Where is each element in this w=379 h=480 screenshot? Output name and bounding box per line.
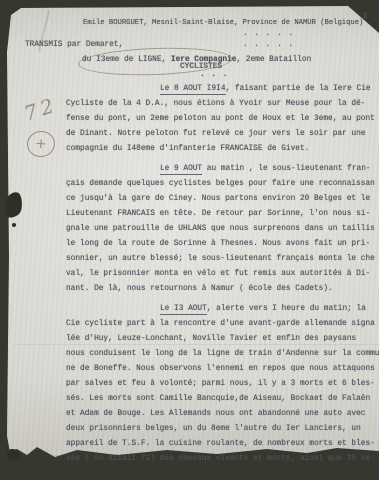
text-line: par salves et feu à volonté; parmi nous,… (66, 377, 379, 392)
text-line: nant. De là, nous retournons à Namur ( é… (66, 282, 375, 297)
scanned-document-page: I Emile BOURGUET, Mesnil-Saint-Blaise, P… (0, 0, 379, 480)
text-line: çais demande quelques cyclistes belges p… (66, 177, 375, 192)
unit-line-suffix: , 2eme Bataillon (236, 56, 311, 64)
text-line: val, le prisonnier monta en vélo et fut … (66, 267, 375, 282)
text-line: Cycliste de la 4 D.A., nous étions à Yvo… (66, 97, 375, 112)
text-line: de Dinant. Notre peloton fut relevé ce j… (66, 127, 375, 142)
paragraph-body-lines: Cie cycliste part à la rencontre d'une a… (66, 317, 379, 467)
pencil-cross-mark: + (35, 137, 48, 152)
text-line: compagnie du I48eme d'infanterie FRANCAI… (66, 142, 375, 157)
paragraph-august-8: Le 8 AOUT I9I4, faisant partie de la Ier… (66, 82, 375, 157)
transmitted-by-line: TRANSMIS par Demaret, (25, 38, 123, 53)
text-line: sés ( on disait 72) des chevaux vivants … (66, 452, 379, 467)
text-line: nous conduisent le long de la ligne de t… (66, 347, 379, 362)
text-line: Le 8 AOUT I9I4, faisant partie de la Ier… (66, 82, 375, 97)
text-line: ne de Boneffe. Nous observons l'ennemi e… (66, 362, 379, 377)
paragraph-august-13: Le I3 AOUT, alerte vers I heure du matin… (66, 302, 379, 467)
paragraph-body-lines: Cycliste de la 4 D.A., nous étions à Yvo… (66, 97, 375, 157)
text-line: ce jusqu'à la gare de Ciney. Nous parton… (66, 192, 375, 207)
text-line: Cie cycliste part à la rencontre d'une a… (66, 317, 379, 332)
paragraph-august-9: Le 9 AOUT au matin , le sous-lieutenant … (66, 162, 375, 297)
date-heading-underlined: Le 9 AOUT (160, 165, 202, 175)
text-line: Le 9 AOUT au matin , le sous-lieutenant … (66, 162, 375, 177)
text-line: et Adam de Bouge. Les Allemands nous ont… (66, 407, 379, 422)
text-line: fense du pont, un 2eme peloton au pont d… (66, 112, 375, 127)
dots-separator: . . . . . (243, 38, 294, 53)
paragraph-body-lines: çais demande quelques cyclistes belges p… (66, 177, 375, 297)
first-line-text: , alerte vers I heure du matin; la (207, 305, 366, 313)
text-line: appareil de T.S.F. la cuisine roulante, … (66, 437, 379, 452)
date-heading-underlined: Le I3 AOUT (160, 305, 207, 315)
text-line: lée d'Huy, Leuze-Lonchant, Noville Tavie… (66, 332, 379, 347)
paper-speck (12, 223, 16, 227)
text-line: Lieutenant FRANCAIS en tête. De retour p… (66, 207, 375, 222)
paper-speck (7, 449, 20, 461)
text-line: Le I3 AOUT, alerte vers I heure du matin… (66, 302, 379, 317)
first-line-text: au matin , le sous-lieutenant fran- (202, 165, 370, 173)
dots-separator: . . . (200, 68, 228, 83)
text-line: gnale une patrouille de UHLANS que nous … (66, 222, 375, 237)
text-line: sés. Les morts sont Camille Bancquie,de … (66, 392, 379, 407)
date-heading-underlined: Le 8 AOUT I9I4 (160, 85, 226, 95)
page-number: I (363, 10, 368, 25)
first-line-text: , faisant partie de la Iere Cie (226, 85, 371, 93)
author-line: Emile BOURGUET, Mesnil-Saint-Blaise, Pro… (83, 16, 363, 31)
text-line: le long de la route de Sorinne à Thesnes… (66, 237, 375, 252)
text-line: deux prisonniers belges, un du 8eme l'au… (66, 422, 379, 437)
text-line: sonnier, un autre blessé; le sous-lieute… (66, 252, 375, 267)
